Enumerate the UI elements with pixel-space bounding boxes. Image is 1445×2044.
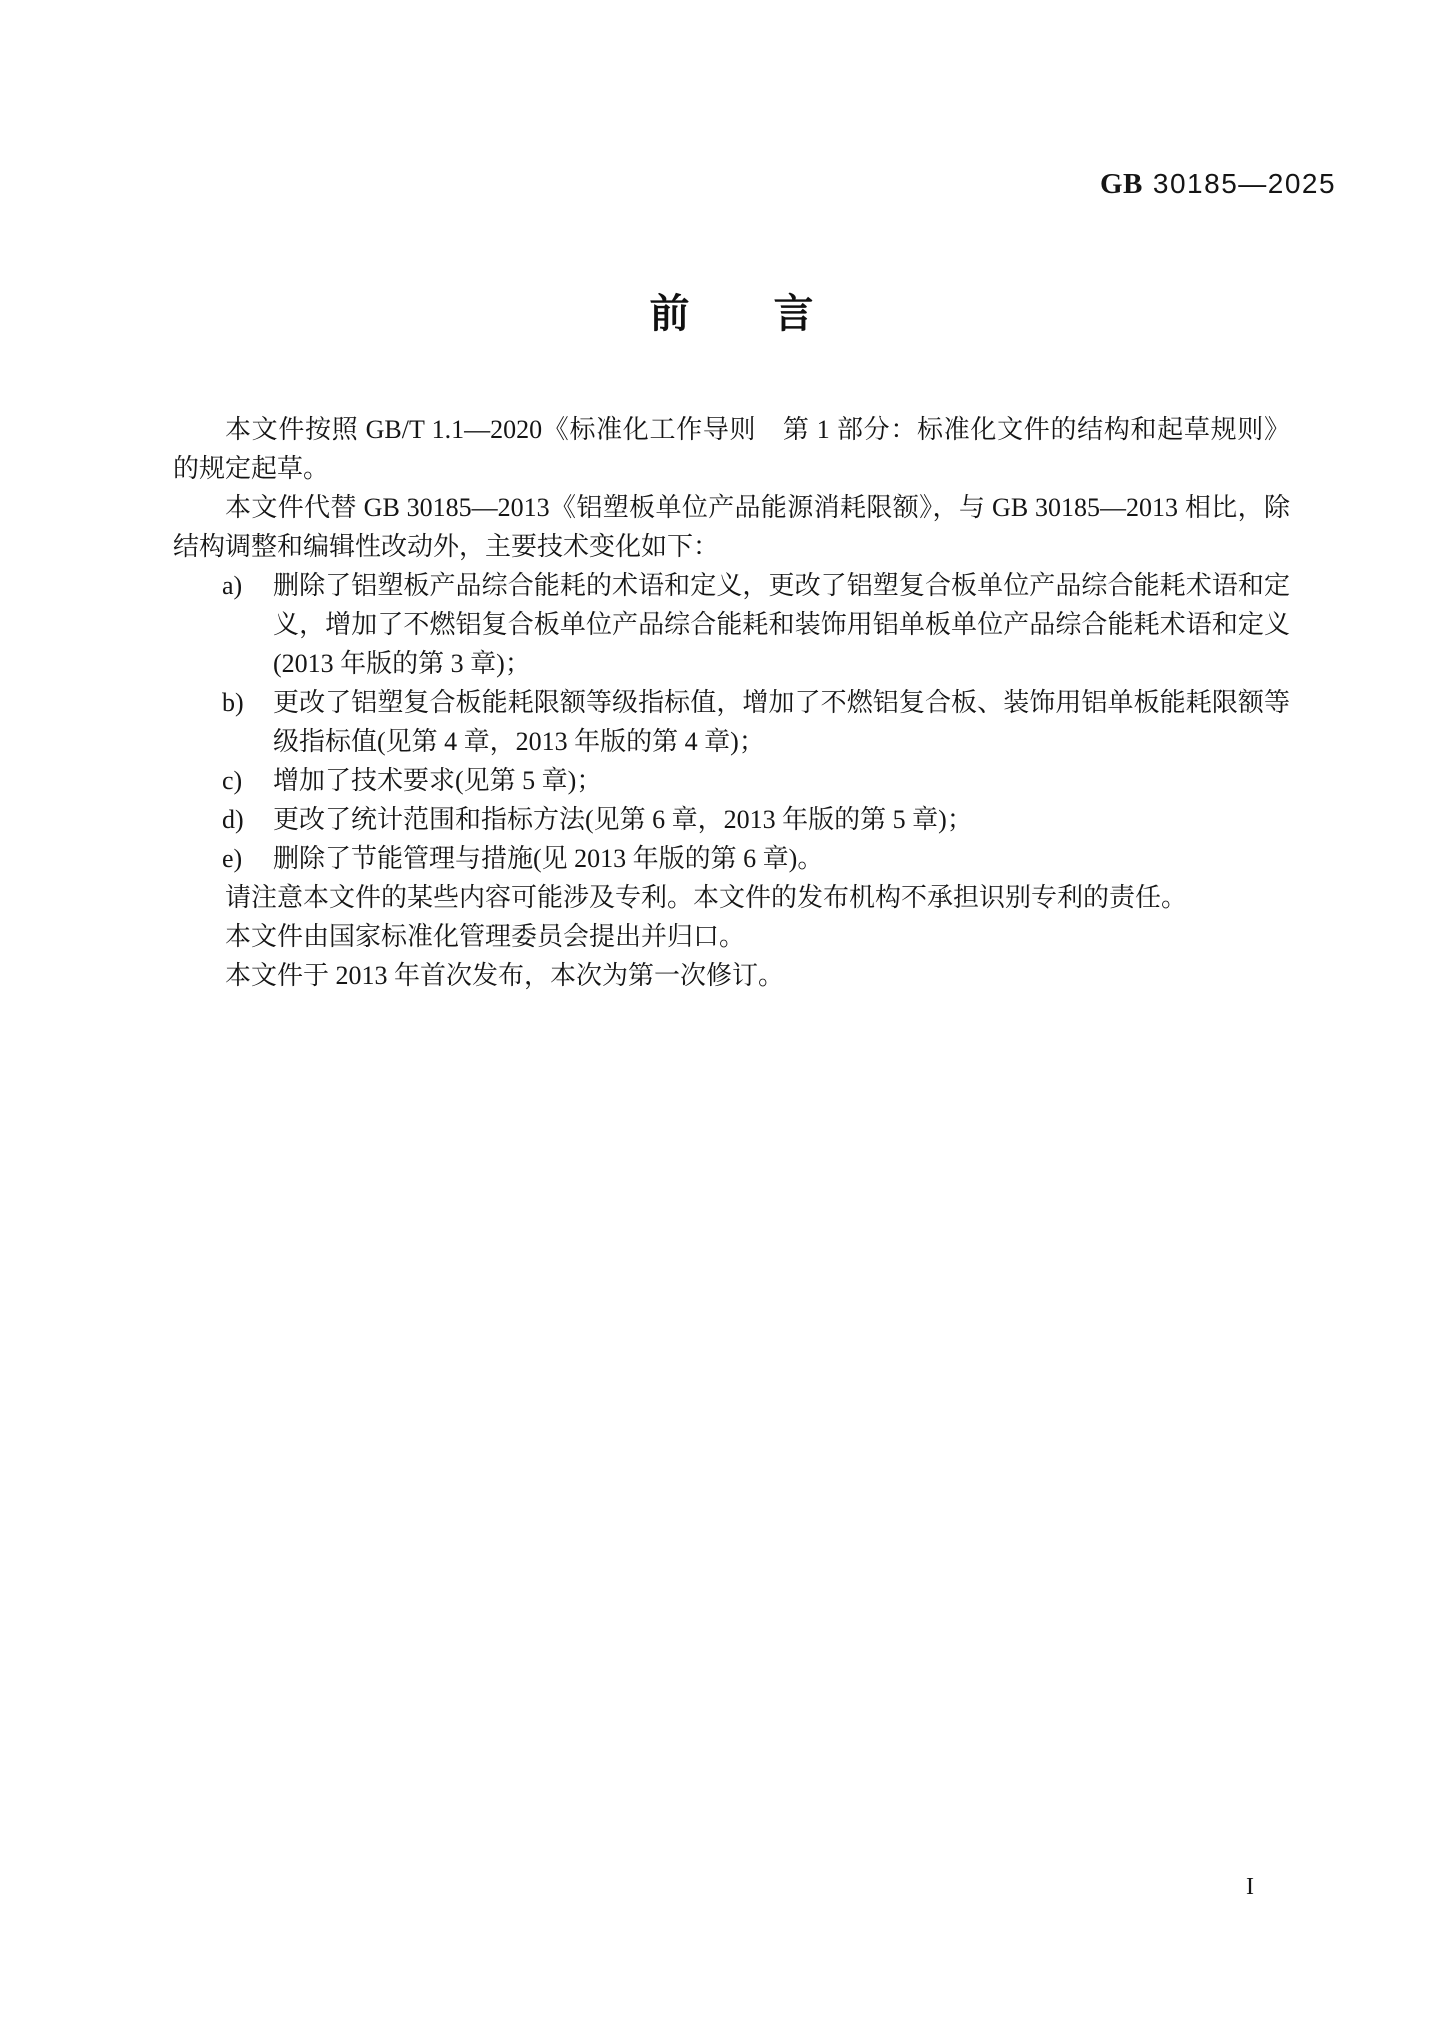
- page-number: I: [1246, 1874, 1254, 1901]
- foreword-body: 本文件按照 GB/T 1.1—2020《标准化工作导则 第 1 部分：标准化文件…: [173, 410, 1290, 995]
- change-item-b: b) 更改了铝塑复合板能耗限额等级指标值，增加了不燃铝复合板、装饰用铝单板能耗限…: [173, 683, 1290, 761]
- change-item-text: 增加了技术要求(见第 5 章)；: [273, 766, 602, 795]
- paragraph-patent-notice: 请注意本文件的某些内容可能涉及专利。本文件的发布机构不承担识别专利的责任。: [173, 878, 1290, 917]
- change-item-text: 删除了节能管理与措施(见 2013 年版的第 6 章)。: [273, 844, 823, 873]
- standard-code: GB30185—2025: [1100, 168, 1336, 201]
- change-item-text: 更改了铝塑复合板能耗限额等级指标值，增加了不燃铝复合板、装饰用铝单板能耗限额等级…: [273, 688, 1290, 756]
- change-item-text: 更改了统计范围和指标方法(见第 6 章，2013 年版的第 5 章)；: [273, 805, 973, 834]
- change-list: a) 删除了铝塑板产品综合能耗的术语和定义，更改了铝塑复合板单位产品综合能耗术语…: [173, 566, 1290, 878]
- foreword-title-char-2: 言: [774, 292, 814, 336]
- change-item-label: c): [222, 761, 242, 800]
- foreword-title-char-1: 前: [650, 292, 690, 336]
- change-item-c: c) 增加了技术要求(见第 5 章)；: [173, 761, 1290, 800]
- change-item-label: a): [222, 566, 242, 605]
- paragraph-replacement: 本文件代替 GB 30185—2013《铝塑板单位产品能源消耗限额》，与 GB …: [173, 488, 1290, 566]
- change-item-label: d): [222, 800, 244, 839]
- foreword-title: 前 言: [173, 292, 1290, 336]
- change-item-e: e) 删除了节能管理与措施(见 2013 年版的第 6 章)。: [173, 839, 1290, 878]
- document-page: GB30185—2025 前 言 本文件按照 GB/T 1.1—2020《标准化…: [0, 0, 1445, 2044]
- change-item-label: b): [222, 683, 244, 722]
- standard-code-prefix: GB: [1100, 168, 1143, 200]
- paragraph-issuing-committee: 本文件由国家标准化管理委员会提出并归口。: [173, 917, 1290, 956]
- change-item-a: a) 删除了铝塑板产品综合能耗的术语和定义，更改了铝塑复合板单位产品综合能耗术语…: [173, 566, 1290, 683]
- paragraph-revision-history: 本文件于 2013 年首次发布，本次为第一次修订。: [173, 956, 1290, 995]
- standard-code-number: 30185—2025: [1153, 168, 1336, 199]
- change-item-text: 删除了铝塑板产品综合能耗的术语和定义，更改了铝塑复合板单位产品综合能耗术语和定义…: [273, 571, 1290, 678]
- change-item-d: d) 更改了统计范围和指标方法(见第 6 章，2013 年版的第 5 章)；: [173, 800, 1290, 839]
- change-item-label: e): [222, 839, 242, 878]
- paragraph-drafting-basis: 本文件按照 GB/T 1.1—2020《标准化工作导则 第 1 部分：标准化文件…: [173, 410, 1290, 488]
